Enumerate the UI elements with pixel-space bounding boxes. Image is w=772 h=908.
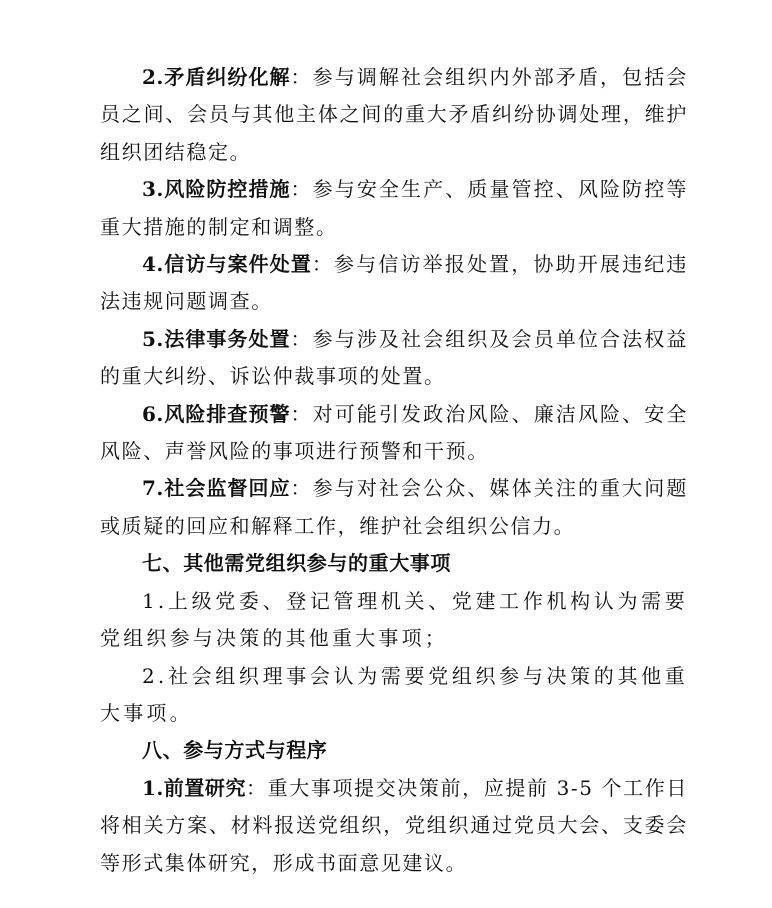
item-lead: 6.风险排查预警 [142, 402, 290, 426]
item-risk-control: 3.风险防控措施：参与安全生产、质量管控、风险防控等重大措施的制定和调整。 [100, 171, 688, 246]
document-page: 2.矛盾纠纷化解：参与调解社会组织内外部矛盾，包括会员之间、会员与其他主体之间的… [100, 59, 688, 882]
item-lead: 4.信访与案件处置 [142, 252, 312, 276]
item-prior-research: 1.前置研究：重大事项提交决策前，应提前 3-5 个工作日将相关方案、材料报送党… [100, 770, 688, 882]
item-separator: ： [290, 327, 312, 351]
item-separator: ： [290, 65, 312, 89]
item-separator: ： [246, 776, 268, 800]
item-lead: 7.社会监督回应 [142, 476, 290, 500]
section7-item-1: 1.上级党委、登记管理机关、党建工作机构认为需要党组织参与决策的其他重大事项； [100, 583, 688, 658]
section7-item-2: 2.社会组织理事会认为需要党组织参与决策的其他重大事项。 [100, 658, 688, 733]
item-separator: ： [290, 177, 312, 201]
item-legal-affairs: 5.法律事务处置：参与涉及社会组织及会员单位合法权益的重大纠纷、诉讼仲裁事项的处… [100, 321, 688, 396]
item-public-response: 7.社会监督回应：参与对社会公众、媒体关注的重大问题或质疑的回应和解释工作，维护… [100, 470, 688, 545]
item-separator: ： [290, 402, 312, 426]
item-risk-warning: 6.风险排查预警：对可能引发政治风险、廉洁风险、安全风险、声誉风险的事项进行预警… [100, 396, 688, 471]
item-lead: 1.前置研究 [142, 776, 246, 800]
item-petition-cases: 4.信访与案件处置：参与信访举报处置，协助开展违纪违法违规问题调查。 [100, 246, 688, 321]
item-lead: 5.法律事务处置 [142, 327, 290, 351]
item-conflict-resolution: 2.矛盾纠纷化解：参与调解社会组织内外部矛盾，包括会员之间、会员与其他主体之间的… [100, 59, 688, 171]
item-separator: ： [290, 476, 312, 500]
item-lead: 3.风险防控措施 [142, 177, 290, 201]
section-heading-procedure: 八、参与方式与程序 [100, 732, 688, 769]
item-separator: ： [312, 252, 334, 276]
item-lead: 2.矛盾纠纷化解 [142, 65, 290, 89]
section-heading-other-matters: 七、其他需党组织参与的重大事项 [100, 545, 688, 582]
